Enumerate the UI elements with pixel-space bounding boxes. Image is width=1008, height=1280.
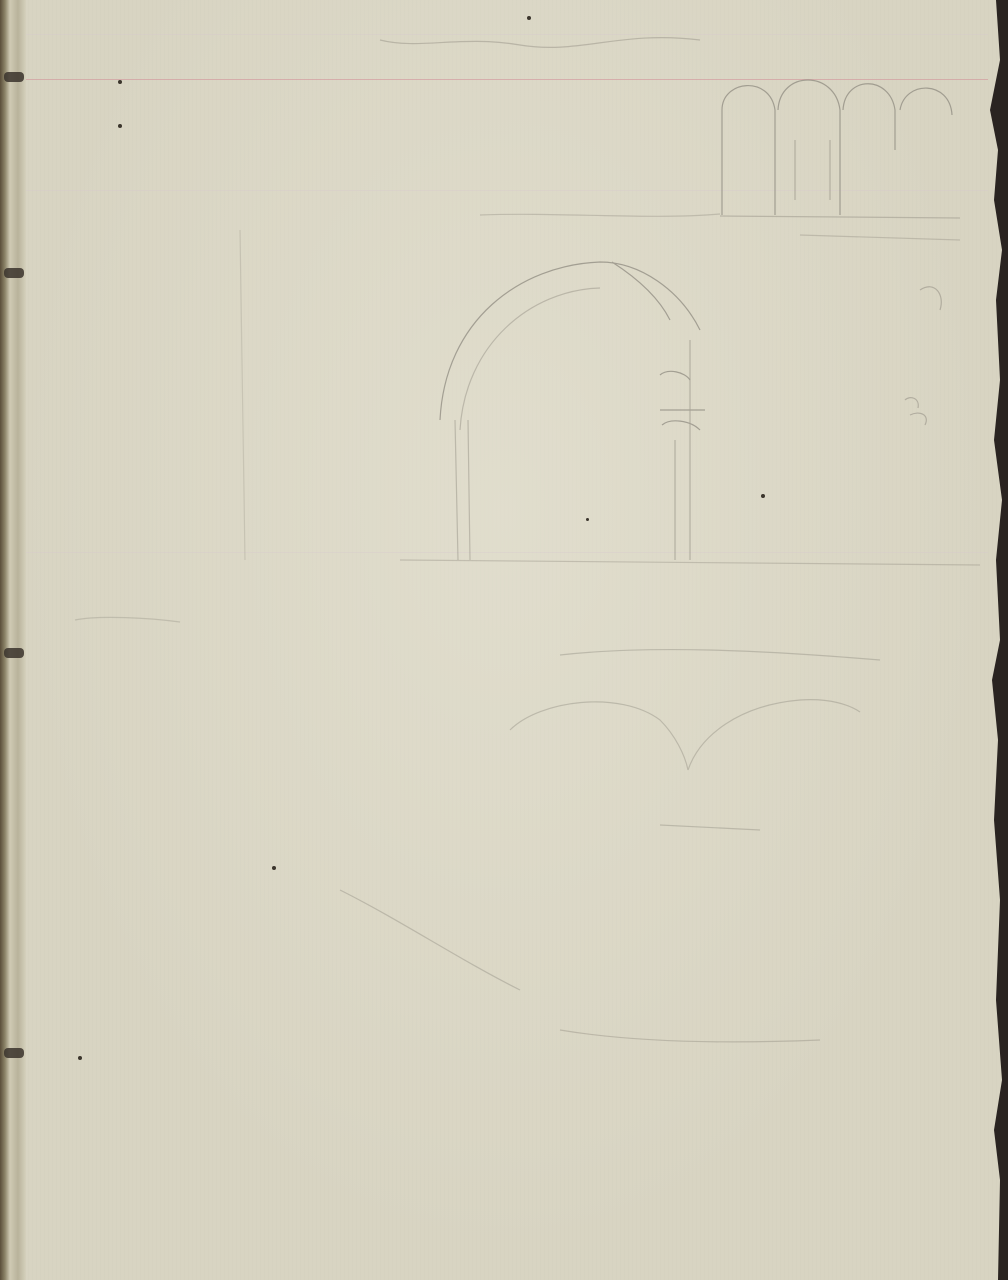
arch-pair-sketch (340, 650, 880, 1042)
paper-speck (761, 494, 765, 498)
sketchbook-page (0, 0, 1008, 1280)
paper-speck (78, 1056, 82, 1060)
paper-speck (118, 124, 122, 128)
paper-speck (118, 80, 122, 84)
arcade-row-sketch (720, 80, 960, 240)
paper-speck (272, 866, 276, 870)
large-arch-sketch (400, 262, 980, 565)
pencil-sketches (0, 0, 1008, 1280)
capital-detail-sketch (905, 287, 941, 425)
paper-speck (527, 16, 531, 20)
torn-right-edge (984, 0, 1008, 1280)
paper-speck (586, 518, 589, 521)
